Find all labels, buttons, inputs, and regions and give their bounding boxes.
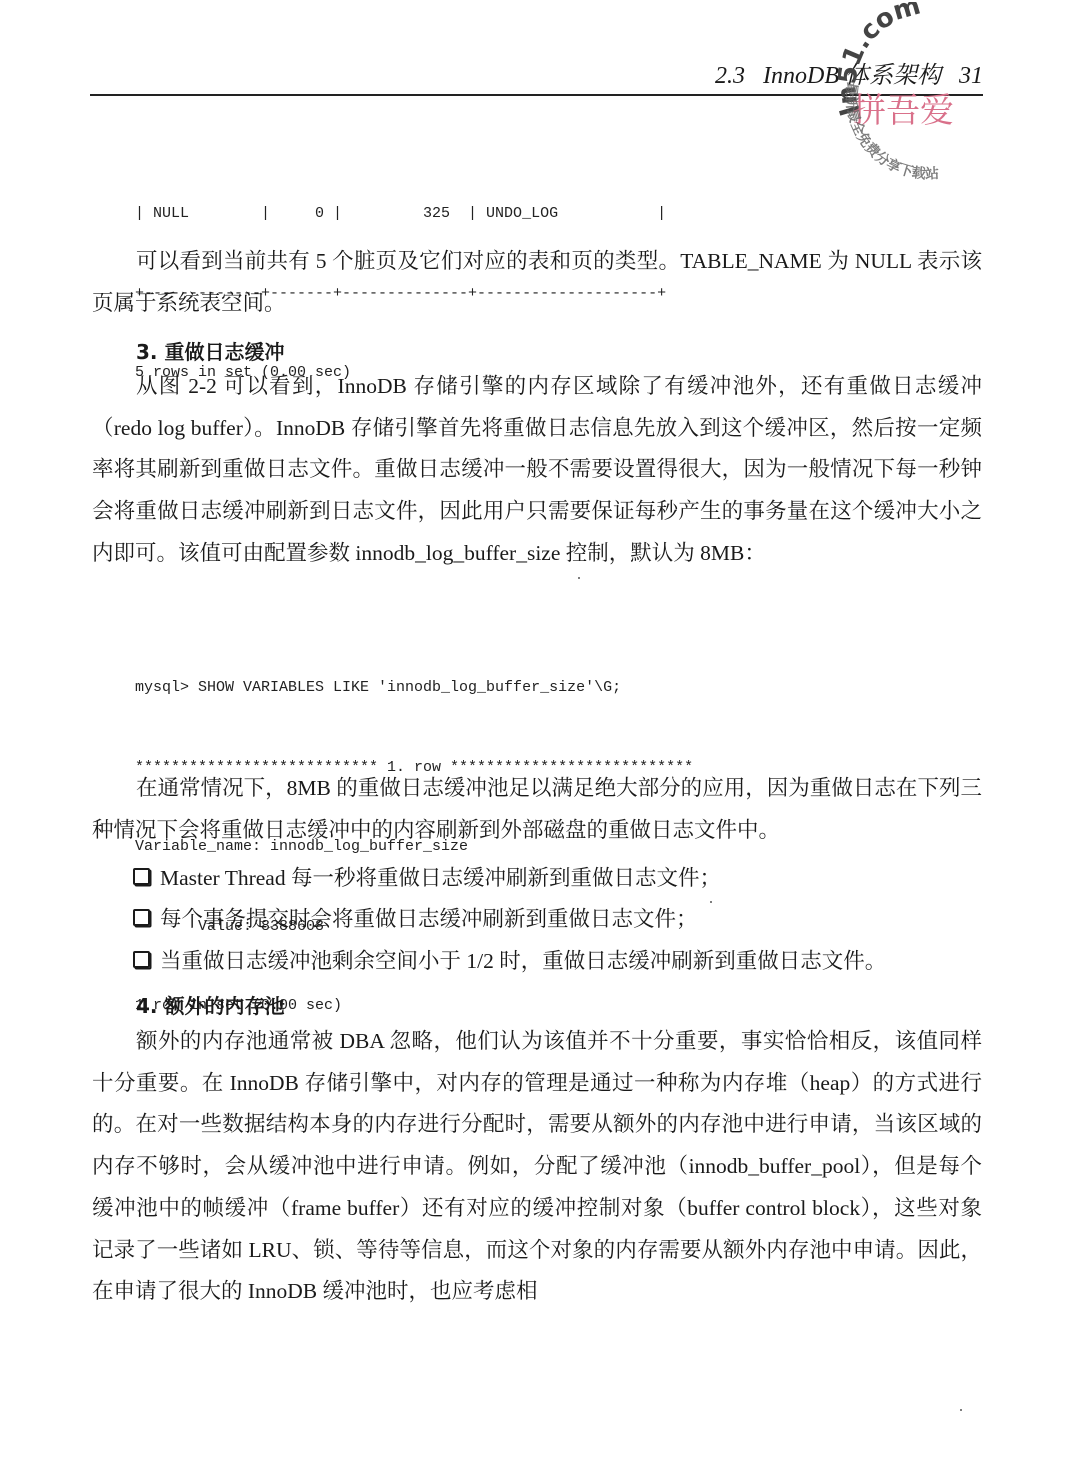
checkbox-bullet-icon (133, 951, 150, 968)
list-item-text: 当重做日志缓冲池剩余空间小于 1/2 时，重做日志缓冲刷新到重做日志文件。 (160, 944, 886, 975)
paragraph-dirty-pages: 可以看到当前共有 5 个脏页及它们对应的表和页的类型。TABLE_NAME 为 … (92, 241, 982, 324)
code-line: | NULL | 0 | 325 | UNDO_LOG | (135, 201, 666, 228)
list-item-text: 每个事务提交时会将重做日志缓冲刷新到重做日志文件； (160, 902, 698, 933)
paragraph-additional-memory-pool: 额外的内存池通常被 DBA 忽略，他们认为该值并不十分重要，事实恰恰相反，该值同… (92, 1021, 982, 1313)
section-number: 2.3 (715, 63, 745, 89)
heading-additional-memory-pool: 4. 额外的内存池 (136, 990, 284, 1019)
list-item: 每个事务提交时会将重做日志缓冲刷新到重做日志文件； (133, 902, 698, 933)
scan-speck (710, 901, 712, 903)
svg-text:最新最全免费分享下载站: 最新最全免费分享下载站 (842, 81, 939, 182)
paragraph-redo-log-buffer: 从图 2-2 可以看到，InnoDB 存储引擎的内存区域除了有缓冲池外，还有重做… (92, 366, 982, 575)
scan-speck (578, 577, 580, 579)
page-number: 31 (959, 63, 983, 89)
watermark-center-text: 拼吾爱 (852, 91, 954, 131)
list-item: 当重做日志缓冲池剩余空间小于 1/2 时，重做日志缓冲刷新到重做日志文件。 (133, 944, 886, 975)
paragraph-flush-conditions: 在通常情况下，8MB 的重做日志缓冲池足以满足绝大部分的应用，因为重做日志在下列… (92, 768, 982, 851)
watermark-stamp-icon: ln51.com 拼吾爱 最新最全免费分享下载站 (838, 2, 1018, 192)
heading-redo-log-buffer: 3. 重做日志缓冲 (136, 336, 284, 365)
checkbox-bullet-icon (133, 868, 150, 885)
list-item-text: Master Thread 每一秒将重做日志缓冲刷新到重做日志文件； (160, 861, 721, 892)
scan-speck (960, 1409, 962, 1411)
section-title: InnoDB 体系架构 (763, 63, 941, 89)
running-header: 2.3InnoDB 体系架构31 (90, 58, 983, 96)
list-item: Master Thread 每一秒将重做日志缓冲刷新到重做日志文件； (133, 861, 721, 892)
header-text: 2.3InnoDB 体系架构31 (715, 55, 983, 90)
code-line: mysql> SHOW VARIABLES LIKE 'innodb_log_b… (135, 675, 693, 702)
checkbox-bullet-icon (133, 909, 150, 926)
watermark-ring-text: 最新最全免费分享下载站 (842, 81, 939, 182)
